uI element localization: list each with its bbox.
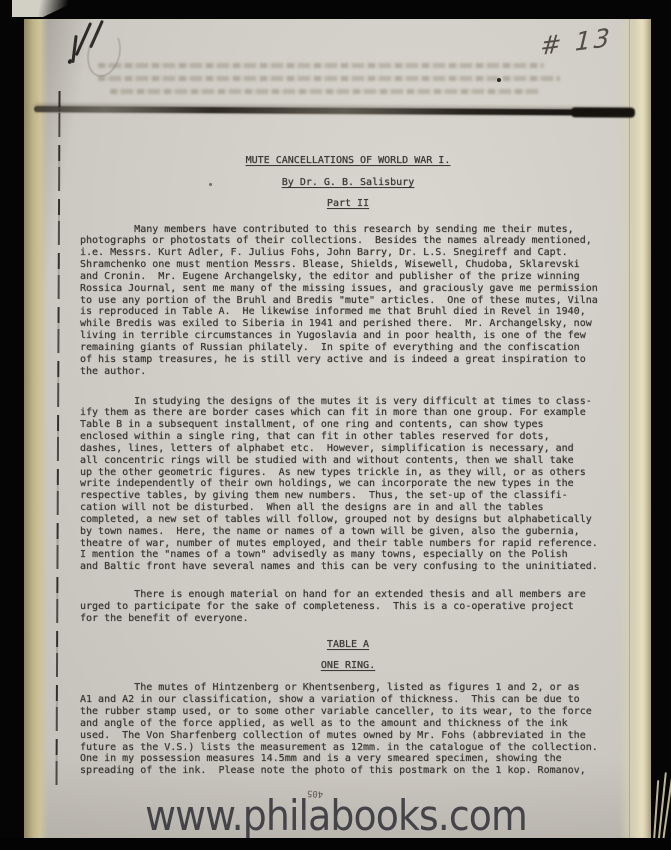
ghost-text-line	[110, 89, 540, 94]
binding-crease-line	[55, 91, 60, 791]
one-ring-subheading: ONE RING.	[80, 660, 616, 672]
philabooks-watermark: www.philabooks.com	[145, 791, 527, 840]
smudged-rule	[34, 106, 632, 116]
table-a-heading: TABLE A	[80, 639, 616, 651]
typed-document-body: MUTE CANCELLATIONS OF WORLD WAR I. By Dr…	[80, 155, 616, 777]
paragraph: The mutes of Hintzenberg or Khentsenberg…	[80, 682, 616, 777]
page-right-edge	[619, 19, 651, 838]
paragraph: There is enough material on hand for an …	[80, 589, 616, 625]
torn-paper-corner	[12, 0, 90, 17]
ink-spot	[67, 58, 73, 64]
scanned-page: # 13 MUTE CANCELLATIONS OF WORLD WAR I. …	[24, 19, 651, 838]
photo-crop-band	[0, 838, 671, 850]
page-left-edge	[24, 19, 48, 838]
document-byline: By Dr. G. B. Salisbury	[80, 177, 616, 189]
pencil-circle-mark	[83, 26, 126, 80]
document-part-label: Part II	[80, 198, 616, 210]
ink-spot	[497, 78, 501, 82]
paragraph: In studying the designs of the mutes it …	[80, 396, 616, 574]
document-title: MUTE CANCELLATIONS OF WORLD WAR I.	[80, 155, 616, 167]
ghost-text-line	[98, 76, 560, 81]
paragraph: Many members have contributed to this re…	[80, 224, 616, 378]
ghost-text-line	[98, 63, 544, 68]
